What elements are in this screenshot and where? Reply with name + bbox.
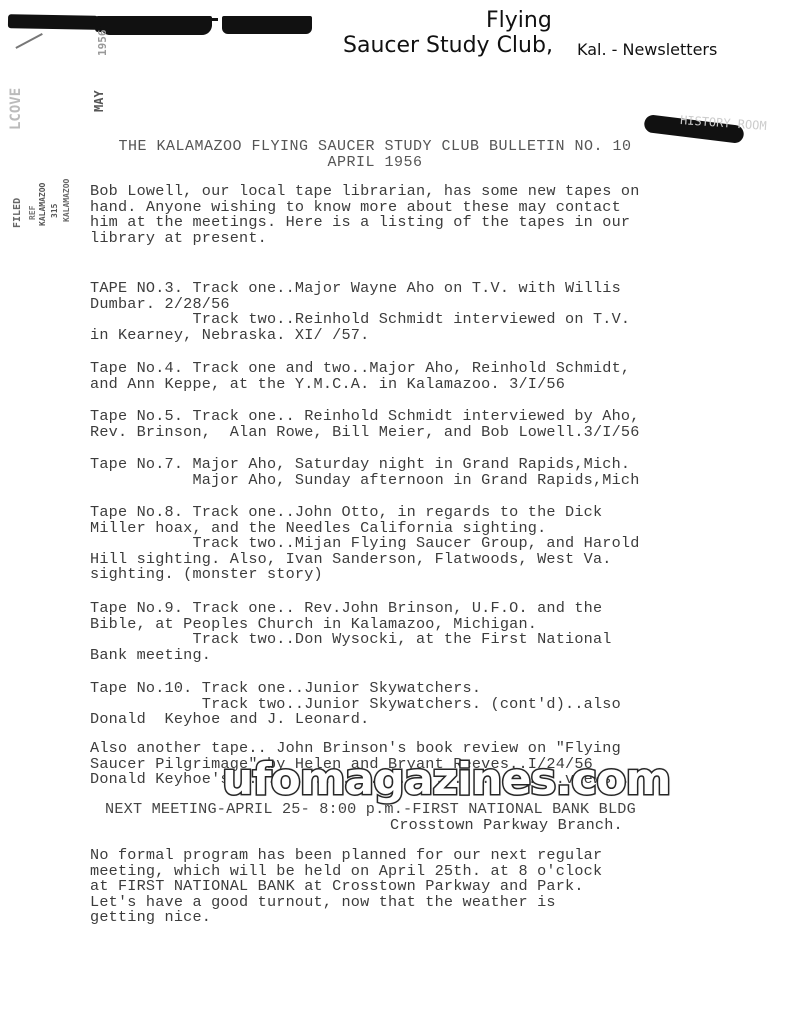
tape-entry-line: and Ann Keppe, at the Y.M.C.A. in Kalama…	[90, 377, 690, 393]
dash-mark	[212, 18, 218, 21]
redaction-bar	[8, 14, 98, 30]
intro-line: library at present.	[90, 231, 690, 247]
tape-entry: Tape No.8. Track one..John Otto, in rega…	[90, 505, 690, 583]
tape-entry-line: sighting. (monster story)	[90, 567, 690, 583]
tape-entry: TAPE NO.3. Track one..Major Wayne Aho on…	[90, 281, 690, 343]
pencil-mark	[15, 33, 42, 48]
tape-entry: Tape No.4. Track one and two..Major Aho,…	[90, 361, 690, 392]
stamp-library-line3: REF	[28, 206, 37, 220]
handwritten-title-line2: Saucer Study Club,	[343, 33, 553, 58]
closing-line: getting nice.	[90, 910, 690, 926]
watermark: ufomagazines.com	[222, 754, 670, 805]
next-meeting-line2: Crosstown Parkway Branch.	[390, 818, 800, 834]
closing-paragraph: No formal program has been planned for o…	[90, 848, 690, 926]
stamp-month: MAY	[92, 90, 106, 112]
tape-entry: Tape No.9. Track one.. Rev.John Brinson,…	[90, 601, 690, 663]
stamp-library-line6: KALAMAZOO	[62, 179, 71, 222]
tape-entry-line: Bank meeting.	[90, 648, 690, 664]
tape-entry: Tape No.7. Major Aho, Saturday night in …	[90, 457, 690, 488]
tape-entry-line: in Kearney, Nebraska. XI/ /57.	[90, 328, 690, 344]
handwritten-title-line1: Flying	[486, 8, 552, 33]
tape-entry: Tape No.10. Track one..Junior Skywatcher…	[90, 681, 690, 728]
stamp-library-line1: LCOVE	[8, 88, 24, 130]
stamp-library-line5: 315	[50, 204, 59, 218]
stamp-year: 1956	[96, 30, 109, 57]
stamp-library-line4: KALAMAZOO	[38, 183, 47, 226]
bulletin-title: THE KALAMAZOO FLYING SAUCER STUDY CLUB B…	[95, 138, 655, 155]
handwritten-title-suffix: Kal. - Newsletters	[577, 40, 717, 59]
tape-entry: Tape No.5. Track one.. Reinhold Schmidt …	[90, 409, 690, 440]
stamp-library-line2: FILED	[12, 198, 23, 228]
redaction-bar	[100, 16, 212, 35]
redaction-bar	[222, 16, 312, 34]
tape-entry-line: Rev. Brinson, Alan Rowe, Bill Meier, and…	[90, 425, 690, 441]
bulletin-date: APRIL 1956	[95, 154, 655, 171]
tape-entry-line: Donald Keyhoe and J. Leonard.	[90, 712, 690, 728]
intro-paragraph: Bob Lowell, our local tape librarian, ha…	[90, 184, 690, 246]
tape-entry-line: Major Aho, Sunday afternoon in Grand Rap…	[90, 473, 690, 489]
